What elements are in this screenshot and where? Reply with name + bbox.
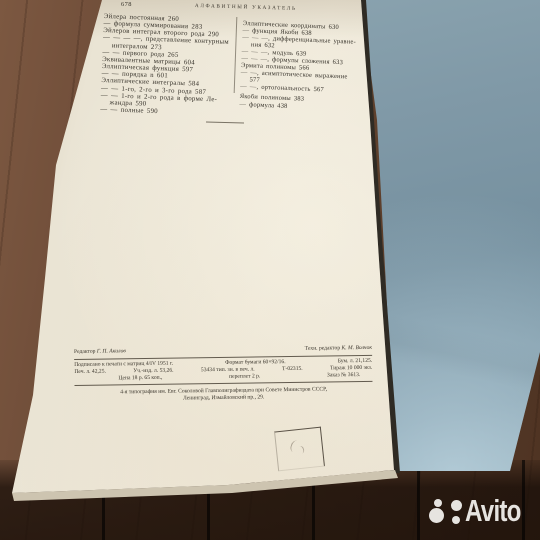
avito-watermark-text: Avito (465, 496, 521, 526)
index-column-right: Эллиптические координаты 630 — функция Я… (239, 20, 356, 112)
colophon-block: Редактор Г. П. Акилов Техн. редактор К. … (74, 345, 373, 404)
tech-editor-label: Техн. редактор (305, 345, 340, 351)
tech-editor: Техн. редактор К. М. Волчок (305, 345, 372, 353)
editor-label: Редактор (74, 349, 95, 355)
price: Цена 18 р. 65 коп., (118, 374, 162, 382)
print-info: Печ. л. 42,25. (74, 368, 106, 375)
print-info: Формат бумаги 60×92/16. (225, 359, 286, 367)
book-photo: 678 АЛФАВИТНЫЙ УКАЗАТЕЛЬ Эйлера постоянн… (0, 0, 540, 540)
binding-price: переплет 2 р. (229, 373, 260, 380)
page-number: 678 (121, 1, 132, 8)
editor: Редактор Г. П. Акилов (74, 348, 126, 356)
editor-name: Г. П. Акилов (97, 348, 126, 354)
tech-editor-name: К. М. Волчок (341, 345, 372, 351)
index-column-left: Эйлера постоянная 260 — формула суммиров… (100, 13, 230, 118)
order-number: Заказ № 3613. (327, 372, 360, 379)
avito-logo-icon (428, 496, 462, 530)
avito-watermark: Avito (428, 496, 536, 530)
print-info: Т-02315. (282, 365, 303, 372)
stamp-scribble (296, 445, 305, 455)
ink-stamp (274, 427, 325, 472)
